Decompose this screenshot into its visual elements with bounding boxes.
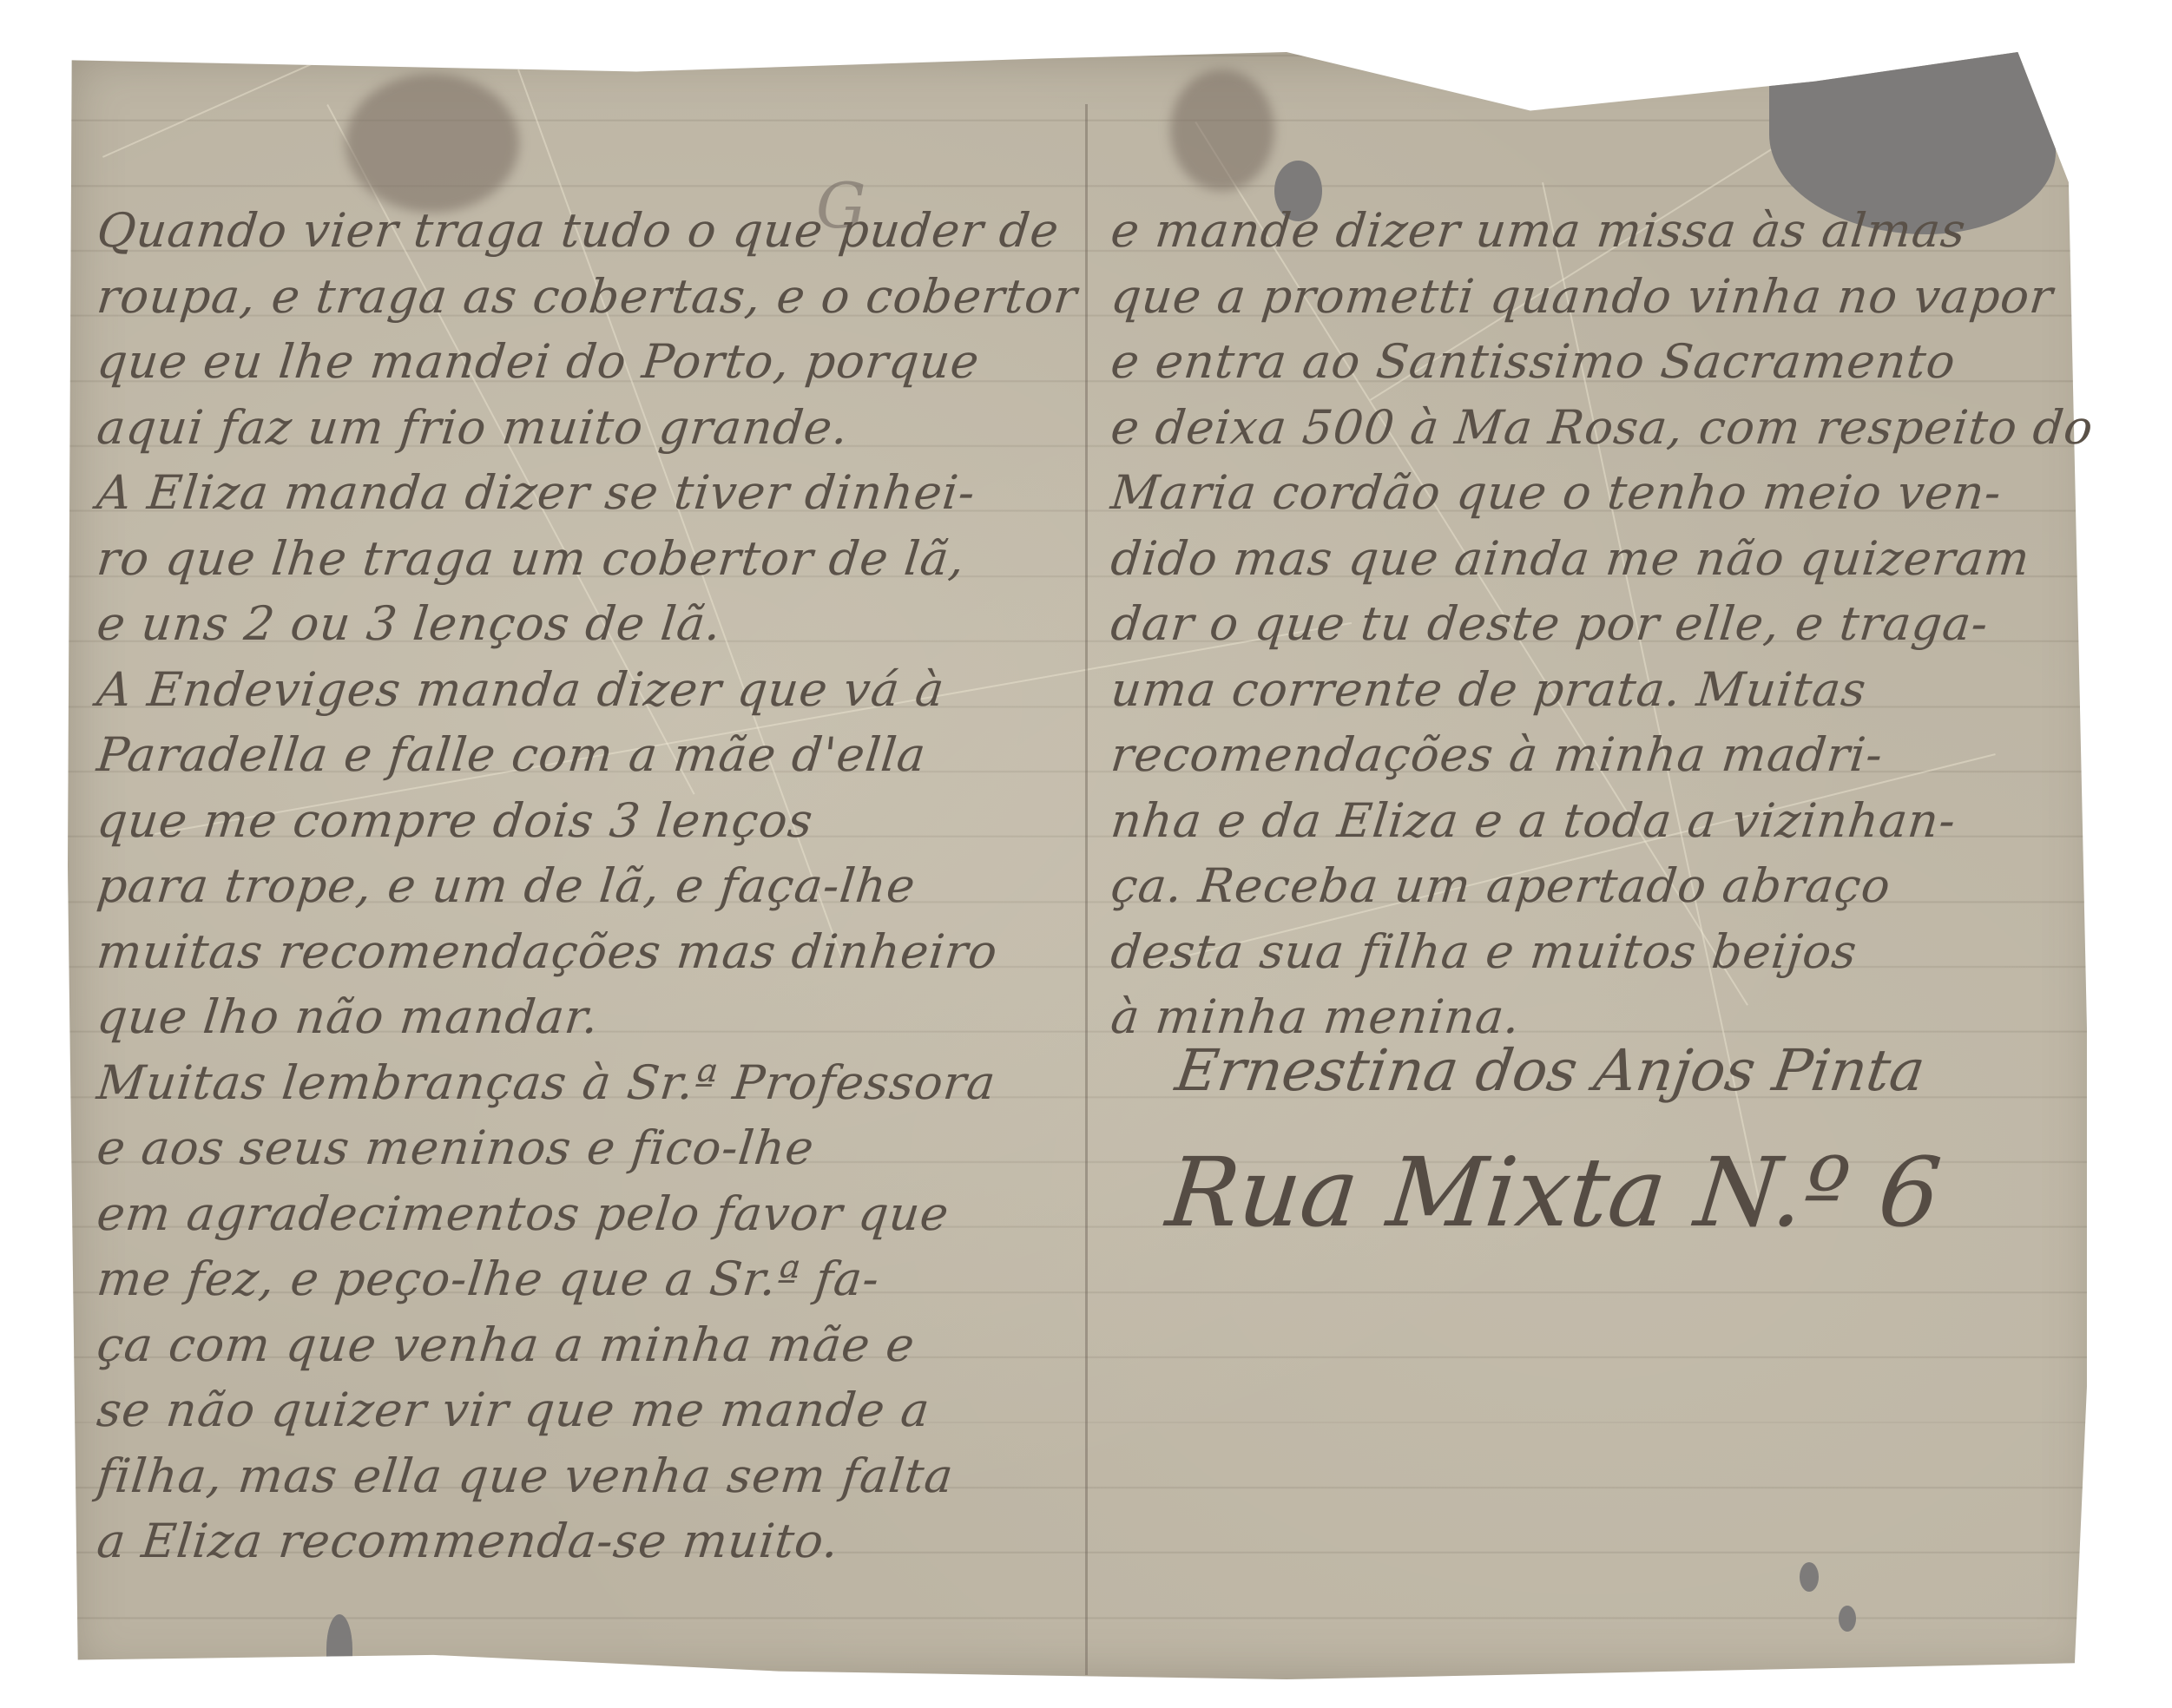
text-line: que eu lhe mandei do Porto, porque: [94, 329, 1090, 395]
text-line: dido mas que ainda me não quizeram: [1108, 526, 2113, 592]
text-line: e deixa 500 à Ma Rosa, com respeito do: [1108, 395, 2113, 461]
right-column-text: e mande dizer uma missa às almas que a p…: [1111, 198, 2109, 1050]
dark-stain: [326, 1614, 352, 1684]
text-line: ro que lhe traga um cobertor de lã,: [94, 526, 1090, 592]
text-line: Muitas lembranças à Sr.ª Professora: [94, 1050, 1090, 1116]
text-line: uma corrente de prata. Muitas: [1108, 657, 2113, 723]
signature: Ernestina dos Anjos Pinta: [1172, 1037, 1929, 1104]
text-line: e uns 2 ou 3 lenços de lã.: [94, 591, 1090, 657]
text-line: filha, mas ella que venha sem falta: [94, 1443, 1090, 1509]
address: Rua Mixta N.º 6: [1162, 1137, 1945, 1248]
ink-blot: [1839, 1606, 1856, 1632]
text-line: muitas recomendações mas dinheiro: [94, 919, 1090, 985]
text-line: em agradecimentos pelo favor que: [94, 1181, 1090, 1247]
text-line: A Eliza manda dizer se tiver dinhei-: [94, 460, 1090, 526]
text-line: e entra ao Santissimo Sacramento: [1108, 329, 2113, 395]
text-line: a Eliza recommenda-se muito.: [94, 1508, 1090, 1574]
text-line: e mande dizer uma missa às almas: [1108, 198, 2113, 264]
text-line: que a prometti quando vinha no vapor: [1108, 264, 2113, 330]
text-line: que lho não mandar.: [94, 984, 1090, 1050]
text-line: Paradella e falle com a mãe d'ella: [94, 722, 1090, 788]
water-stain: [1170, 69, 1274, 191]
text-line: recomendações à minha madri-: [1108, 722, 2113, 788]
text-line: dar o que tu deste por elle, e traga-: [1108, 591, 2113, 657]
text-line: para trope, e um de lã, e faça-lhe: [94, 853, 1090, 919]
text-line: aqui faz um frio muito grande.: [94, 395, 1090, 461]
water-stain: [346, 74, 519, 213]
text-line: nha e da Eliza e a toda a vizinhan-: [1108, 788, 2113, 854]
text-line: me fez, e peço-lhe que a Sr.ª fa-: [94, 1246, 1090, 1312]
text-line: A Endeviges manda dizer que vá à: [94, 657, 1090, 723]
text-line: roupa, e traga as cobertas, e o cobertor: [94, 264, 1090, 330]
text-line: que me compre dois 3 lenços: [94, 788, 1090, 854]
text-line: Quando vier traga tudo o que puder de: [94, 198, 1090, 264]
text-line: ça. Receba um apertado abraço: [1108, 853, 2113, 919]
text-line: desta sua filha e muitos beijos: [1108, 919, 2113, 985]
ink-blot: [1800, 1562, 1819, 1592]
text-line: e aos seus meninos e fico-lhe: [94, 1115, 1090, 1181]
left-column-text: Quando vier traga tudo o que puder de ro…: [97, 198, 1087, 1574]
text-line: se não quizer vir que me mande a: [94, 1377, 1090, 1443]
text-line: ça com que venha a minha mãe e: [94, 1312, 1090, 1378]
text-line: Maria cordão que o tenho meio ven-: [1108, 460, 2113, 526]
